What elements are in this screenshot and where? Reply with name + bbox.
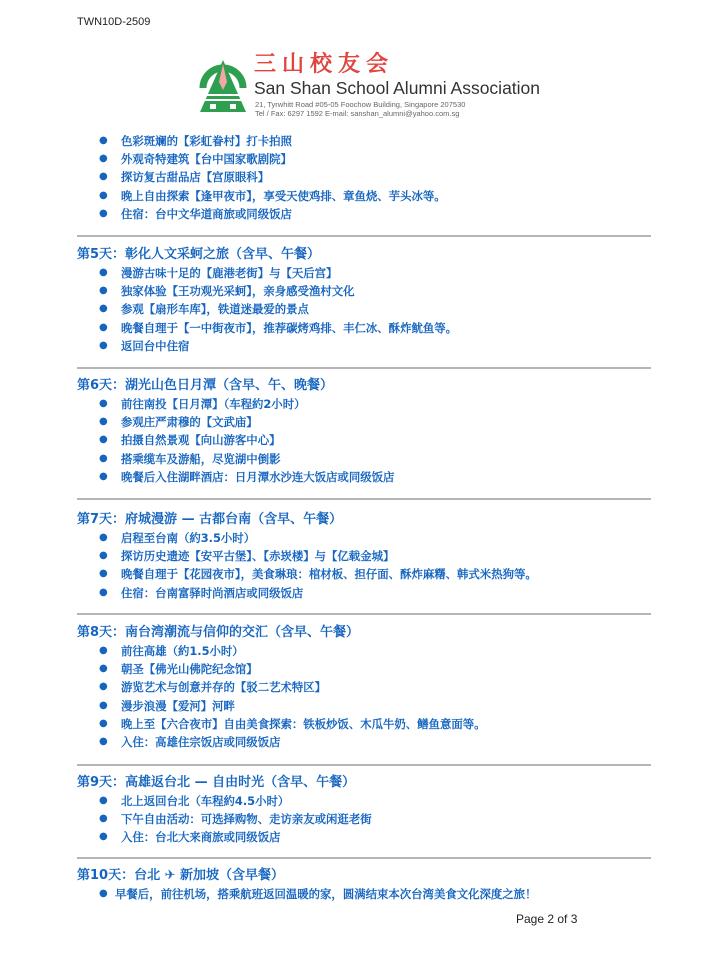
- bullet-icon: ●: [99, 282, 108, 300]
- itinerary-item: ●晚餐自理于【一中街夜市】，推荐碳烤鸡排、丰仁冰、酥炸鱿鱼等。: [77, 319, 652, 337]
- itinerary-item: ●住宿：台南富驿时尚酒店或同级饭店: [77, 584, 652, 602]
- bullet-icon: ●: [99, 319, 108, 337]
- section-divider: [77, 764, 651, 766]
- section-divider: [77, 857, 651, 859]
- itinerary-item: ●外观奇特建筑【台中国家歌剧院】: [77, 150, 652, 168]
- section-divider: [77, 367, 651, 369]
- day-title: 第10天：台北 ✈ 新加坡（含早餐）: [77, 867, 652, 885]
- itinerary-item: ●前往高雄（約1.5小时）: [77, 642, 652, 660]
- bullet-icon: ●: [99, 565, 108, 583]
- bullet-icon: ●: [99, 395, 108, 413]
- itinerary-item: ●晚上至【六合夜市】自由美食探索：铁板炒饭、木瓜牛奶、鳝鱼意面等。: [77, 715, 652, 733]
- itinerary-item: ●游览艺术与创意并存的【驳二艺术特区】: [77, 678, 652, 696]
- itinerary-item: ●晚餐后入住湖畔酒店：日月潭水沙连大饭店或同级饭店: [77, 468, 652, 486]
- bullet-icon: ●: [99, 264, 108, 282]
- day-title: 第6天：湖光山色日月潭（含早、午、晚餐）: [77, 377, 652, 395]
- bullet-icon: ●: [99, 529, 108, 547]
- day-8-section: 第8天：南台湾潮流与信仰的交汇（含早、午餐） ●前往高雄（約1.5小时） ●朝圣…: [77, 624, 652, 751]
- day-title: 第9天：高雄返台北 — 自由时光（含早、午餐）: [77, 774, 652, 792]
- bullet-icon: ●: [99, 547, 108, 565]
- bullet-icon: ●: [99, 584, 108, 602]
- bullet-icon: ●: [99, 431, 108, 449]
- section-divider: [77, 498, 651, 500]
- bullet-icon: ●: [99, 733, 108, 751]
- bullet-icon: ●: [99, 300, 108, 318]
- itinerary-item: ●住宿：台中文华道商旅或同级饭店: [77, 205, 652, 223]
- day-title: 第8天：南台湾潮流与信仰的交汇（含早、午餐）: [77, 624, 652, 642]
- bullet-icon: ●: [99, 132, 108, 150]
- section-divider: [77, 613, 651, 615]
- bullet-icon: ●: [99, 337, 108, 355]
- bullet-icon: ●: [99, 828, 108, 846]
- page-number: Page 2 of 3: [516, 912, 577, 926]
- itinerary-item: ●入住：台北大来商旅或同级饭店: [77, 828, 652, 846]
- doc-code: TWN10D-2509: [77, 16, 150, 28]
- itinerary-item: ●探访历史遗迹【安平古堡】、【赤崁楼】与【亿载金城】: [77, 547, 652, 565]
- itinerary-item: ●早餐后，前往机场，搭乘航班返回温暖的家，圆满结束本次台湾美食文化深度之旅！: [77, 885, 652, 903]
- itinerary-item: ●启程至台南（約3.5小时）: [77, 529, 652, 547]
- day-4-continuation: ●色彩斑斓的【彩虹眷村】打卡拍照 ●外观奇特建筑【台中国家歌剧院】 ●探访复古甜…: [77, 132, 652, 223]
- itinerary-item: ●前往南投【日月潭】（车程約2小时）: [77, 395, 652, 413]
- itinerary-item: ●拍摄自然景观【向山游客中心】: [77, 431, 652, 449]
- day-10-section: 第10天：台北 ✈ 新加坡（含早餐） ●早餐后，前往机场，搭乘航班返回温暖的家，…: [77, 867, 652, 903]
- itinerary-item: ●参观【扇形车库】，铁道迷最爱的景点: [77, 300, 652, 318]
- section-divider: [77, 235, 651, 237]
- itinerary-item: ●朝圣【佛光山佛陀纪念馆】: [77, 660, 652, 678]
- bullet-icon: ●: [99, 150, 108, 168]
- bullet-icon: ●: [99, 168, 108, 186]
- bullet-icon: ●: [99, 810, 108, 828]
- itinerary-item: ●漫游古味十足的【鹿港老街】与【天后宫】: [77, 264, 652, 282]
- itinerary-item: ●漫步浪漫【爱河】河畔: [77, 697, 652, 715]
- association-contact: Tel / Fax: 6297 1592 E-mail: sanshan_alu…: [255, 109, 459, 118]
- itinerary-item: ●北上返回台北（车程約4.5小时）: [77, 792, 652, 810]
- day-9-section: 第9天：高雄返台北 — 自由时光（含早、午餐） ●北上返回台北（车程約4.5小时…: [77, 774, 652, 847]
- bullet-icon: ●: [99, 187, 108, 205]
- itinerary-item: ●晚餐自理于【花园夜市】，美食琳琅：棺材板、担仔面、酥炸麻糬、韩式米热狗等。: [77, 565, 652, 583]
- association-name-english: San Shan School Alumni Association: [254, 78, 540, 98]
- itinerary-item: ●晚上自由探索【逢甲夜市】，享受天使鸡排、章鱼烧、芋头冰等。: [77, 187, 652, 205]
- day-title: 第7天：府城漫游 — 古都台南（含早、午餐）: [77, 511, 652, 529]
- bullet-icon: ●: [99, 697, 108, 715]
- itinerary-item: ●入住：高雄住宗饭店或同级饭店: [77, 733, 652, 751]
- itinerary-item: ●返回台中住宿: [77, 337, 652, 355]
- bullet-icon: ●: [99, 715, 108, 733]
- itinerary-item: ●探访复古甜品店【宫原眼科】: [77, 168, 652, 186]
- itinerary-item: ●下午自由活动：可选择购物、走访亲友或闲逛老街: [77, 810, 652, 828]
- bullet-icon: ●: [99, 678, 108, 696]
- association-address: 21, Tyrwhitt Road #05-05 Foochow Buildin…: [255, 100, 465, 109]
- bullet-icon: ●: [99, 205, 108, 223]
- bullet-icon: ●: [99, 660, 108, 678]
- letterhead: 三山校友会 San Shan School Alumni Association…: [196, 50, 536, 120]
- itinerary-item: ●搭乘缆车及游船，尽览湖中倒影: [77, 450, 652, 468]
- bullet-icon: ●: [99, 642, 108, 660]
- bullet-icon: ●: [99, 885, 108, 903]
- association-name-chinese: 三山校友会: [254, 50, 394, 78]
- bullet-icon: ●: [99, 413, 108, 431]
- day-5-section: 第5天：彰化人文采蚵之旅（含早、午餐） ●漫游古味十足的【鹿港老街】与【天后宫】…: [77, 246, 652, 355]
- bullet-icon: ●: [99, 468, 108, 486]
- bullet-icon: ●: [99, 792, 108, 810]
- day-6-section: 第6天：湖光山色日月潭（含早、午、晚餐） ●前往南投【日月潭】（车程約2小时） …: [77, 377, 652, 486]
- alumni-association-logo-icon: [196, 52, 250, 114]
- itinerary-item: ●参观庄严肃穆的【文武庙】: [77, 413, 652, 431]
- bullet-icon: ●: [99, 450, 108, 468]
- day-title: 第5天：彰化人文采蚵之旅（含早、午餐）: [77, 246, 652, 264]
- day-7-section: 第7天：府城漫游 — 古都台南（含早、午餐） ●启程至台南（約3.5小时） ●探…: [77, 511, 652, 602]
- itinerary-item: ●独家体验【王功观光采蚵】，亲身感受渔村文化: [77, 282, 652, 300]
- itinerary-item: ●色彩斑斓的【彩虹眷村】打卡拍照: [77, 132, 652, 150]
